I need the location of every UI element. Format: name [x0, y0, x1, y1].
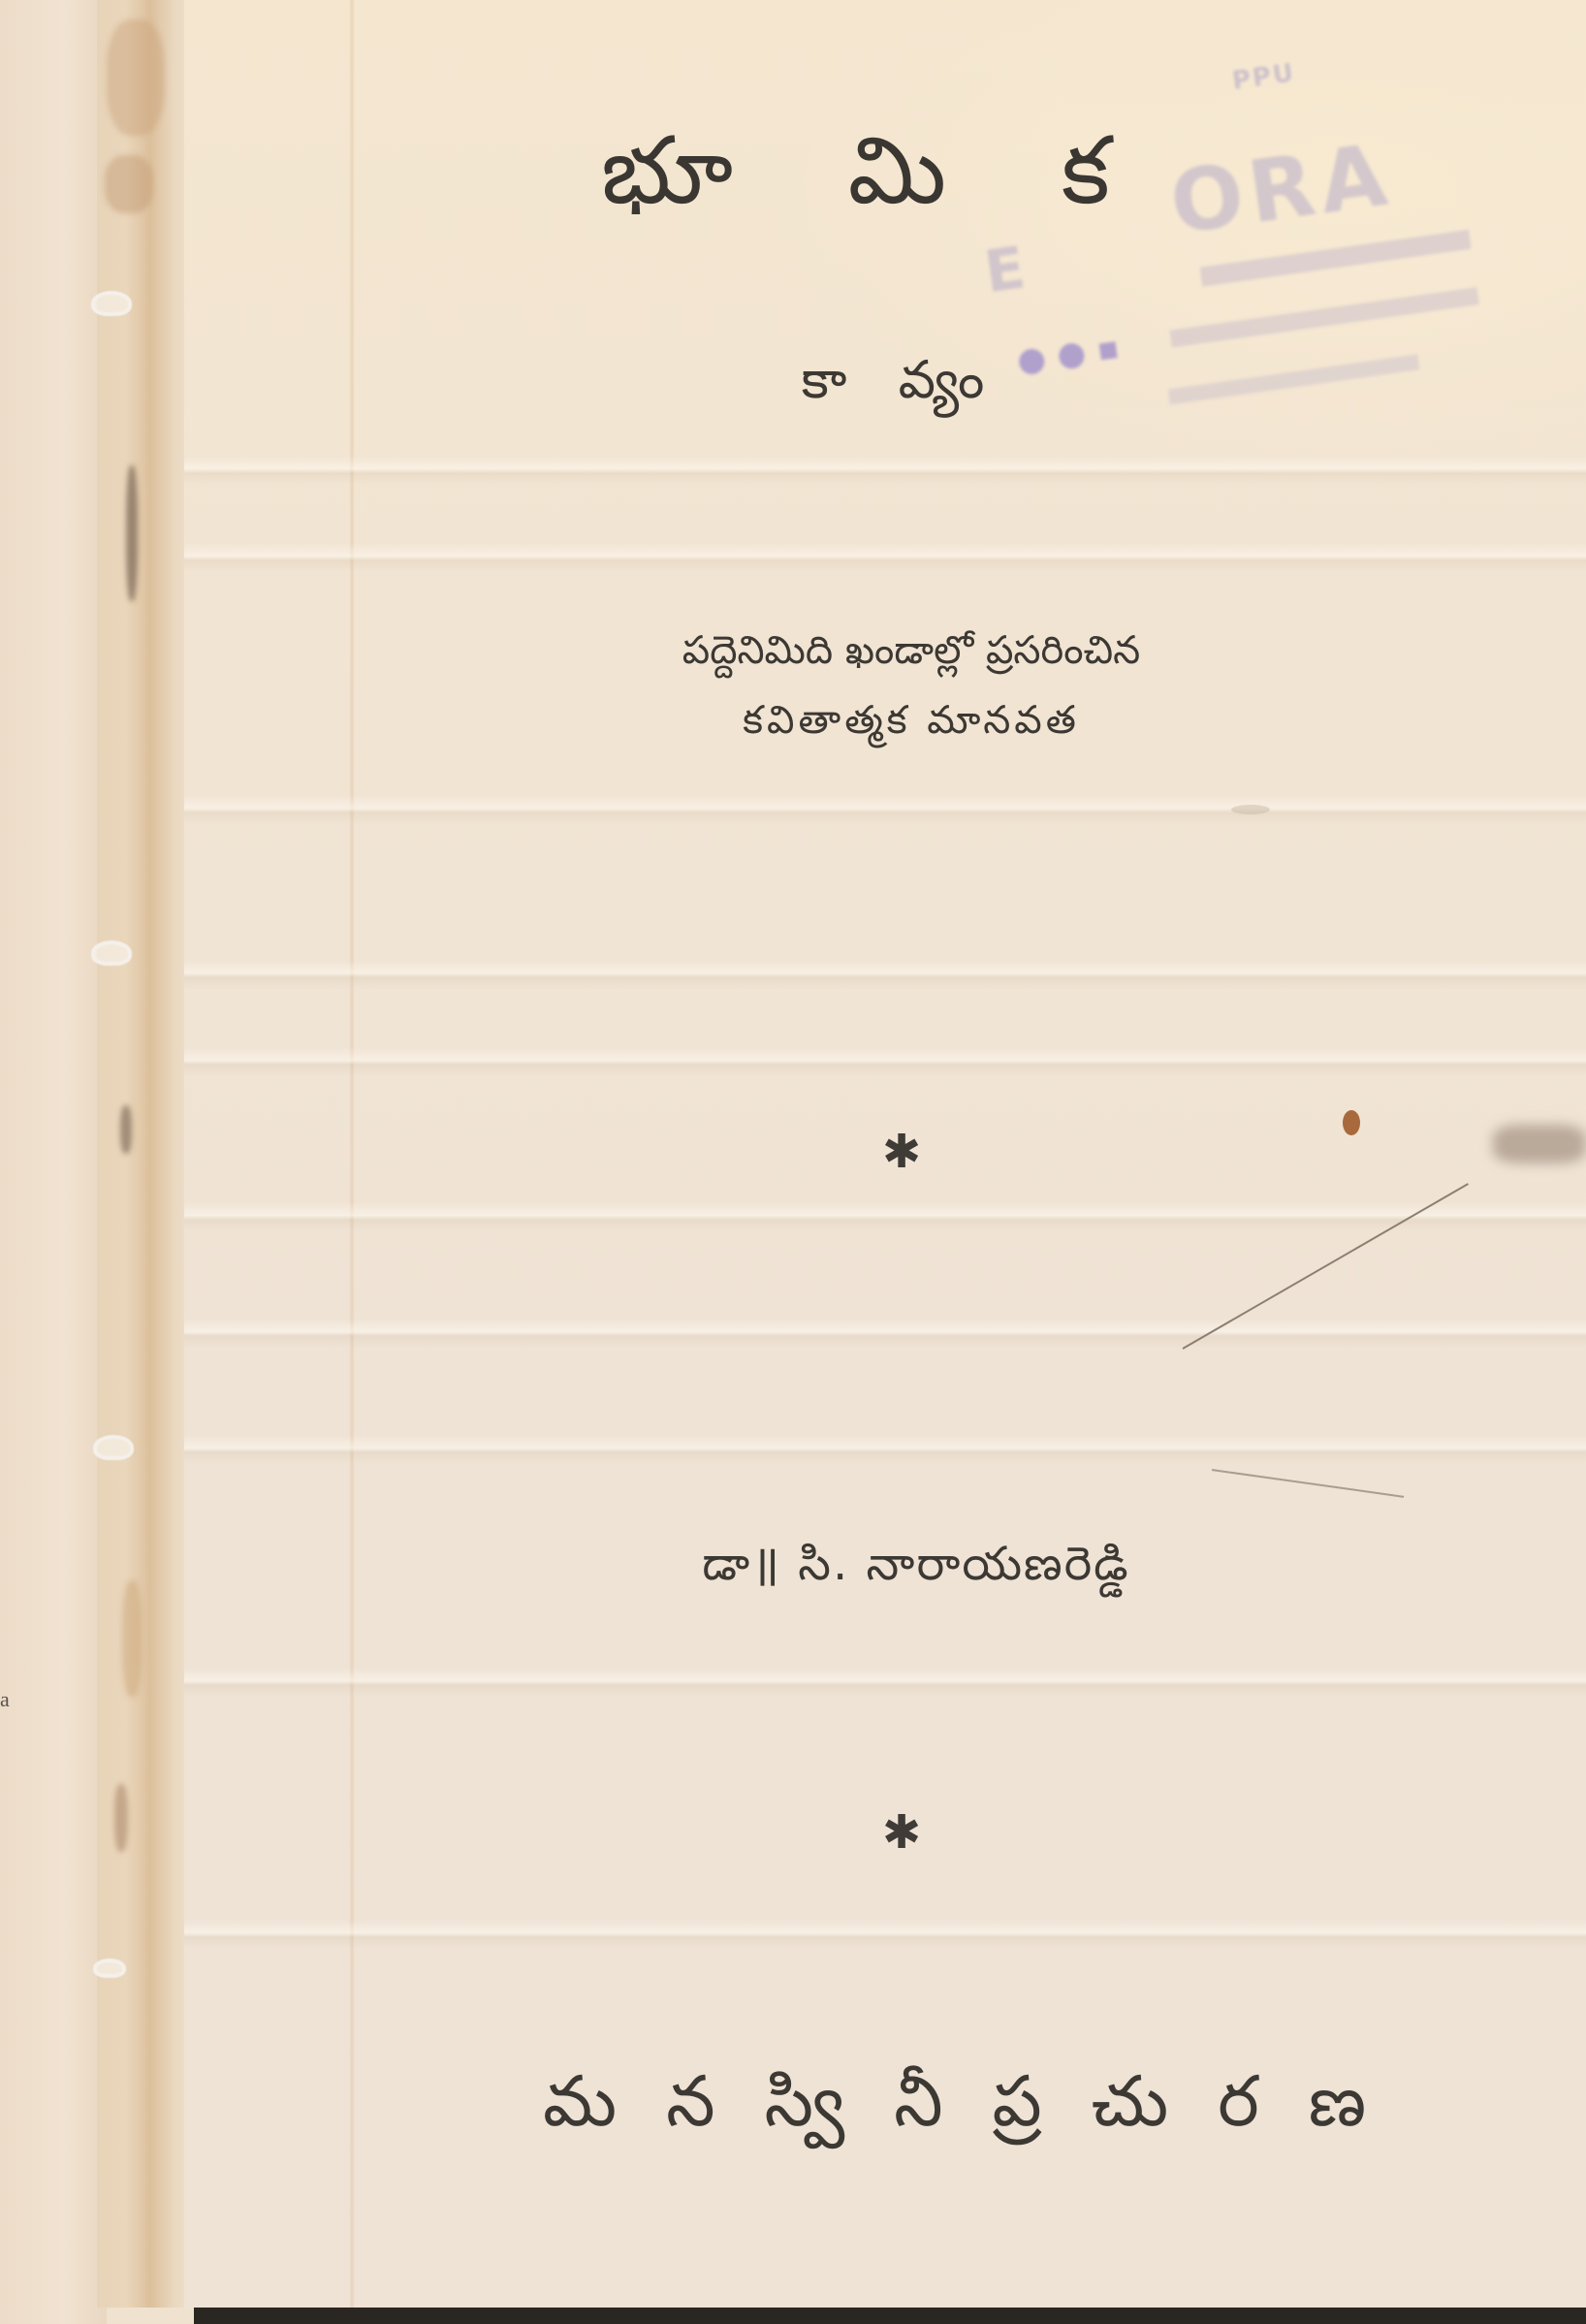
crease-mark — [1231, 805, 1270, 814]
title-page-content: భూ మి క కా వ్యం పద్దెనిమిది ఖండాల్లో ప్ర… — [0, 0, 1586, 2324]
book-tagline-line-2: కవితాత్మక మానవత — [620, 698, 1202, 752]
book-title: భూ మి క — [601, 116, 1144, 248]
asterisk-ornament-icon: ✱ — [853, 1805, 950, 1860]
book-tagline-line-1: పద్దెనిమిది ఖండాల్లో ప్రసరించిన — [620, 628, 1202, 683]
book-genre: కా వ్యం — [756, 349, 1047, 424]
publisher-name: మ న స్వి నీ ప్ర చు ర ణ — [543, 2060, 1280, 2159]
stain-spot — [1343, 1110, 1360, 1135]
torn-edge-shadow — [1493, 1125, 1586, 1163]
asterisk-ornament-icon: ✱ — [853, 1125, 950, 1179]
author-name: డా॥ సి. నారాయణరెడ్డి — [650, 1537, 1183, 1603]
